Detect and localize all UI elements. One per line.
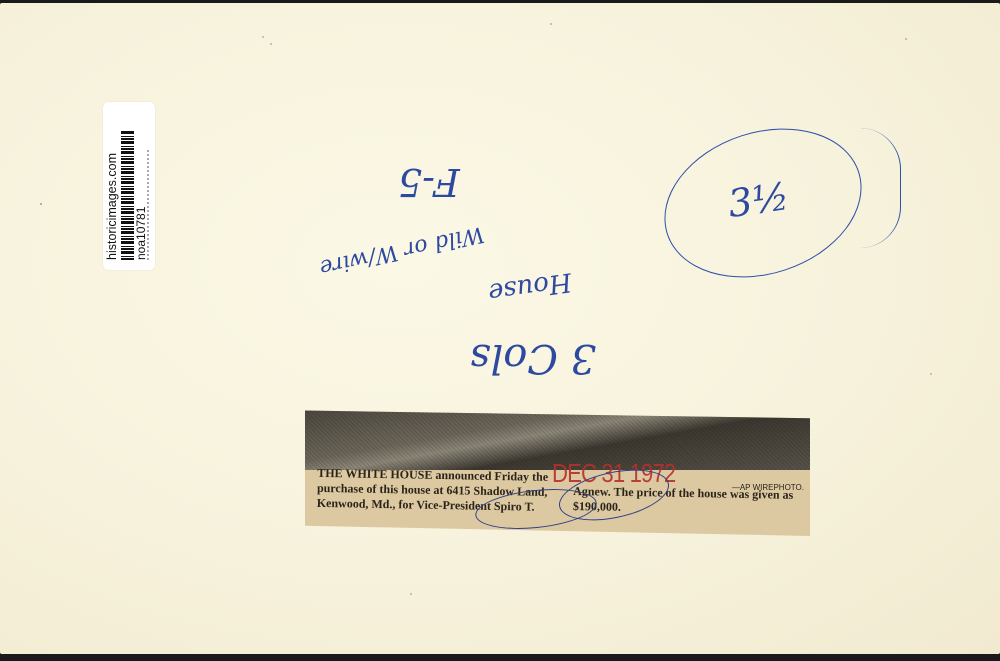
clipping-credit: —AP WIREPHOTO. bbox=[732, 483, 804, 492]
dust-speck bbox=[410, 593, 412, 595]
dust-speck bbox=[930, 373, 932, 375]
handwritten-columns-note: 3 Cols bbox=[470, 335, 596, 381]
dust-speck bbox=[905, 38, 907, 40]
barcode bbox=[121, 130, 134, 260]
dust-speck bbox=[550, 23, 552, 25]
dust-speck bbox=[270, 43, 272, 45]
handwritten-code-note: F-5 bbox=[398, 160, 460, 204]
faint-url-text bbox=[147, 150, 153, 260]
handwritten-size-note: 3½ bbox=[725, 174, 792, 226]
archive-item-id: noa10781 bbox=[134, 207, 148, 260]
archive-barcode-label: historicimages.com noa10781 bbox=[103, 102, 155, 270]
dust-speck bbox=[262, 36, 264, 38]
dust-speck bbox=[40, 203, 42, 205]
archive-site-text: historicimages.com bbox=[105, 153, 119, 260]
photo-back-paper bbox=[0, 3, 1000, 654]
